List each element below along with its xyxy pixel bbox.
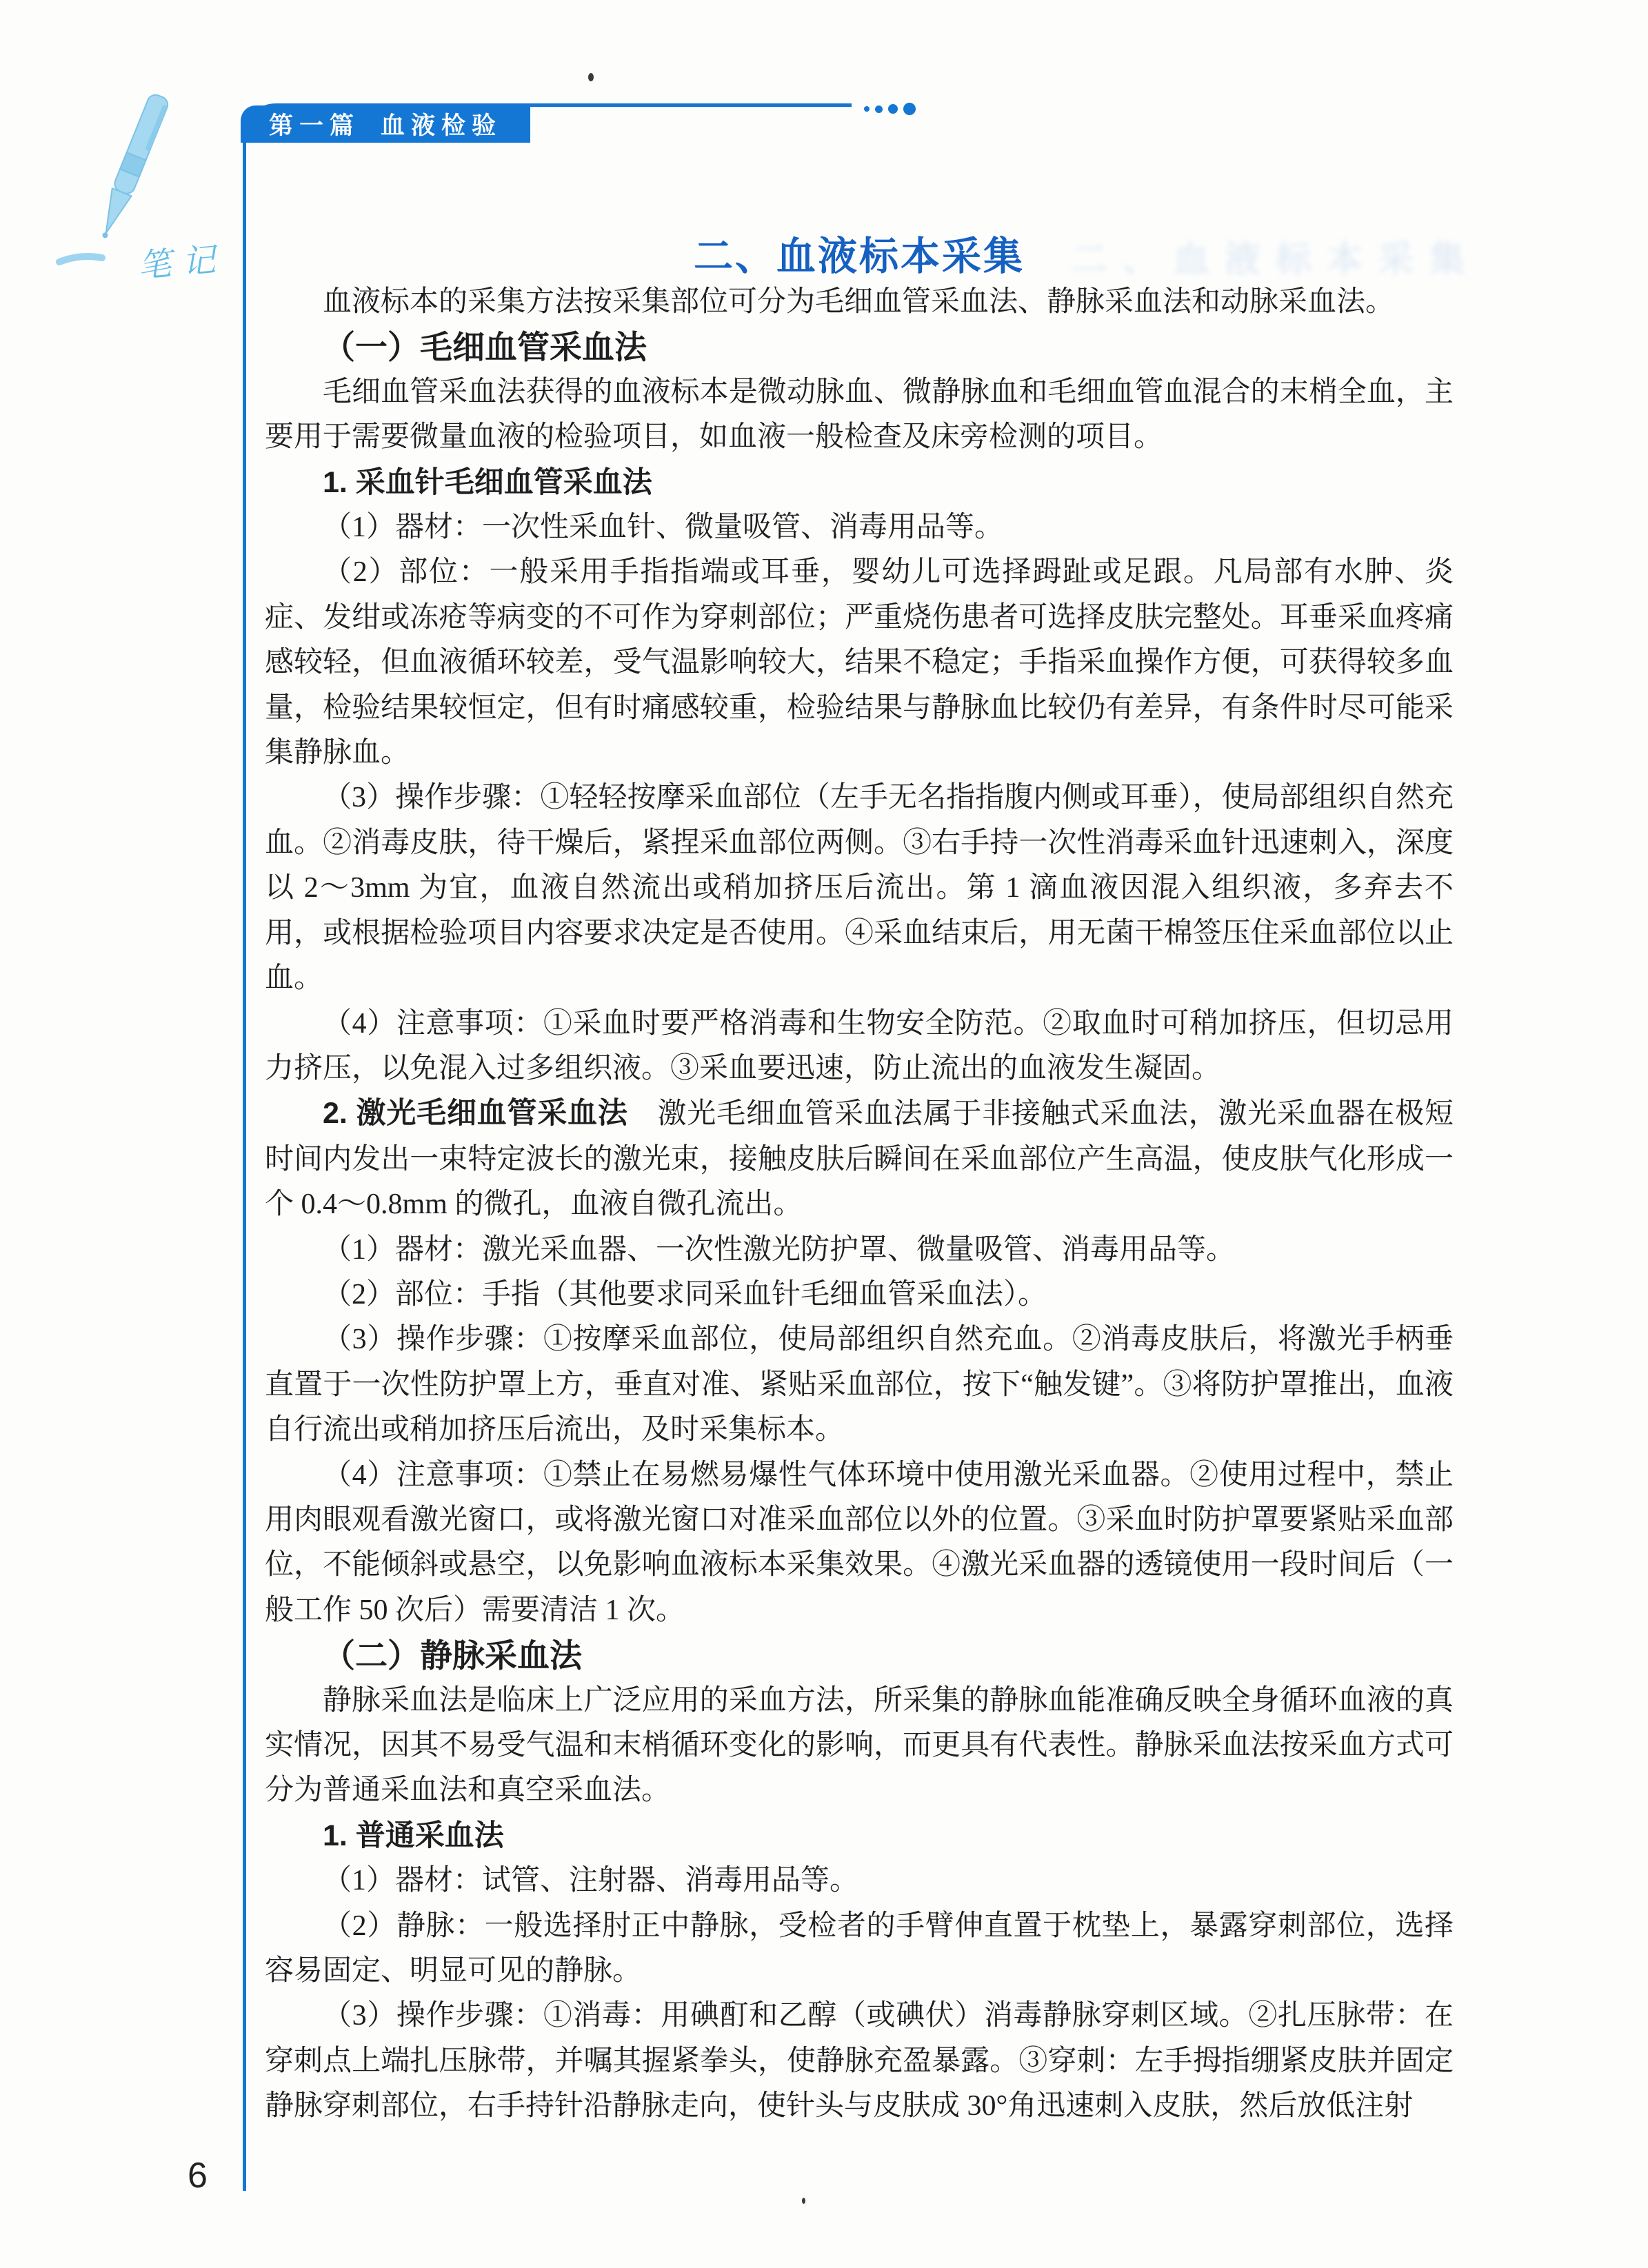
paragraph: 静脉采血法是临床上广泛应用的采血方法，所采集的静脉血能准确反映全身循环血液的真实…	[265, 1679, 1454, 1814]
paragraph: （3）操作步骤：①按摩采血部位，使局部组织自然充血。②消毒皮肤后，将激光手柄垂直…	[265, 1317, 1454, 1452]
paragraph: （1）器材：激光采血器、一次性激光防护罩、微量吸管、消毒用品等。	[265, 1228, 1454, 1273]
paragraph: （3）操作步骤：①消毒：用碘酊和乙醇（或碘伏）消毒静脉穿刺区域。②扎压脉带：在穿…	[265, 1994, 1454, 2129]
section-heading: 1. 采血针毛细血管采血法	[265, 460, 1454, 505]
section-heading: 1. 普通采血法	[265, 1814, 1454, 1859]
paragraph: 血液标本的采集方法按采集部位可分为毛细血管采血法、静脉采血法和动脉采血法。	[265, 280, 1454, 325]
ink-speck	[802, 2198, 805, 2204]
paragraph-lead: 2. 激光毛细血管采血法	[323, 1097, 628, 1130]
ink-speck	[588, 73, 594, 81]
dot-icon	[875, 105, 883, 113]
paragraph: （1）器材：一次性采血针、微量吸管、消毒用品等。	[265, 505, 1454, 550]
dot-icon	[903, 103, 916, 115]
chapter-badge-title: 血液检验	[381, 107, 502, 141]
content: 血液标本的采集方法按采集部位可分为毛细血管采血法、静脉采血法和动脉采血法。（一）…	[265, 280, 1454, 2129]
paragraph: （1）器材：试管、注射器、消毒用品等。	[265, 1859, 1454, 1903]
paragraph: （4）注意事项：①禁止在易燃易爆性气体环境中使用激光采血器。②使用过程中，禁止用…	[265, 1453, 1454, 1634]
ellipsis-dots-icon	[864, 99, 916, 119]
page-number: 6	[188, 2155, 208, 2196]
section-heading: （二）静脉采血法	[265, 1633, 1454, 1678]
paragraph: 毛细血管采血法获得的血液标本是微动脉血、微静脉血和毛细血管血混合的末梢全血，主要…	[265, 370, 1454, 460]
paragraph: （4）注意事项：①采血时要严格消毒和生物安全防范。②取血时可稍加挤压，但切忌用力…	[265, 1002, 1454, 1092]
dot-icon	[864, 106, 870, 112]
page-title: 二、血液标本采集	[265, 225, 1454, 281]
chapter-badge-part: 第一篇	[269, 107, 360, 141]
paragraph: （3）操作步骤：①轻轻按摩采血部位（左手无名指指腹内侧或耳垂），使局部组织自然充…	[265, 776, 1454, 1001]
textbook-page: 笔记 第一篇 血液检验 二、血液标本采集 二、血液标本采集 血液标本的采集方法按…	[0, 0, 1648, 2268]
section-heading: （一）毛细血管采血法	[265, 325, 1454, 369]
paragraph: 2. 激光毛细血管采血法 激光毛细血管采血法属于非接触式采血法，激光采血器在极短…	[265, 1091, 1454, 1227]
margin-note-label: 笔记	[136, 232, 228, 287]
paragraph: （2）部位：手指（其他要求同采血针毛细血管采血法）。	[265, 1273, 1454, 1317]
paragraph: （2）静脉：一般选择肘正中静脉，受检者的手臂伸直置于枕垫上，暴露穿刺部位，选择容…	[265, 1904, 1454, 1994]
chapter-badge: 第一篇 血液检验	[241, 105, 530, 143]
dot-icon	[888, 104, 898, 114]
paragraph: （2）部位：一般采用手指指端或耳垂，婴幼儿可选择𧿹趾或足跟。凡局部有水肿、炎症、…	[265, 550, 1454, 776]
title-row: 二、血液标本采集 二、血液标本采集	[265, 225, 1454, 284]
